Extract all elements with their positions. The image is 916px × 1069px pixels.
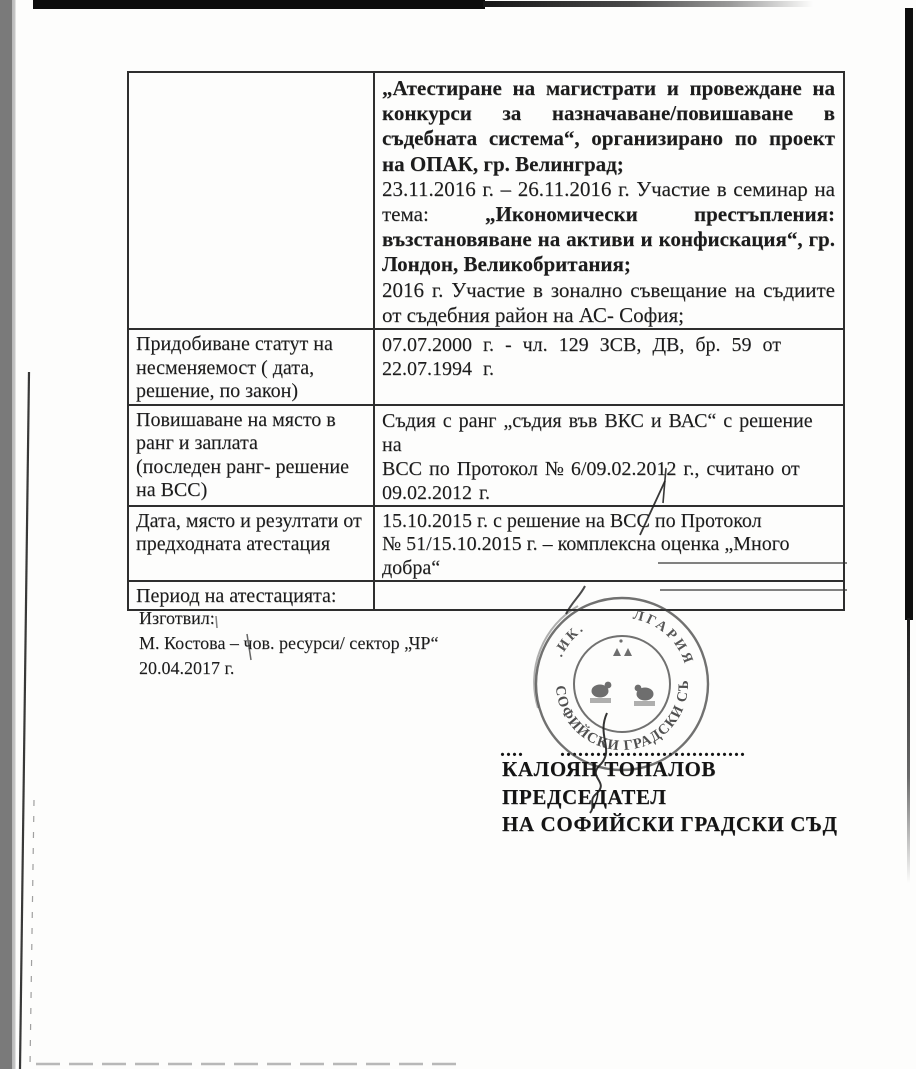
seal-left-pedestal <box>590 698 611 703</box>
scan-left-fold-line <box>20 372 29 1069</box>
attestation-table: „Атестиране на магистрати и провеждане н… <box>127 71 845 611</box>
scan-edge-left-bar <box>0 0 16 1069</box>
table-row-trainings: „Атестиране на магистрати и провеждане н… <box>128 72 844 329</box>
seal-crown-dot <box>619 639 622 642</box>
seal-left-lion-head <box>605 682 612 689</box>
seal-right-lion-head <box>635 685 642 692</box>
prepared-by-label: Изготвил: <box>139 606 438 631</box>
value-cell-tenure: 07.07.2000 г. - чл. 129 ЗСВ, ДВ, бр. 59 … <box>374 329 844 405</box>
court-seal: .ИК. ЛГАРИЯ СОФИЙСКИ ГРАДСКИ СЪД <box>528 588 718 778</box>
seal-text-top-left: .ИК. <box>551 620 587 660</box>
value-cell-previous-attestation: 15.10.2015 г. с решение на ВСС по Проток… <box>374 506 844 582</box>
table-row-rank: Повишаване на място в ранг и заплата (по… <box>128 405 844 506</box>
seal-crown-right-point <box>624 648 632 656</box>
signature-block: КАЛОЯН ТОПАЛОВ ПРЕДСЕДАТЕЛ НА СОФИЙСКИ Г… <box>502 756 838 839</box>
label-cell-tenure: Придобиване статут на несменяемост ( дат… <box>128 329 374 405</box>
signatory-name: КАЛОЯН ТОПАЛОВ <box>502 756 838 784</box>
table-row-tenure: Придобиване статут на несменяемост ( дат… <box>128 329 844 405</box>
signatory-title: ПРЕДСЕДАТЕЛ <box>502 784 838 812</box>
signatory-org: НА СОФИЙСКИ ГРАДСКИ СЪД <box>502 811 838 839</box>
scan-edge-right-bar <box>905 8 913 620</box>
label-cell-previous-attestation: Дата, място и резултати от предходната а… <box>128 506 374 582</box>
seal-crown-left-point <box>613 648 621 656</box>
prepared-by-block: Изготвил: М. Костова – чов. ресурси/ сек… <box>139 606 438 681</box>
seal-coat-of-arms <box>590 639 655 706</box>
training-paragraph-2: 23.11.2016 г. – 26.11.2016 г. Участие в … <box>382 177 835 278</box>
scan-edge-top-bar-tail <box>483 1 813 7</box>
seal-inner-ring <box>574 636 670 732</box>
scanned-document-page: „Атестиране на магистрати и провеждане н… <box>0 0 916 1069</box>
value-cell-trainings: „Атестиране на магистрати и провеждане н… <box>374 72 844 329</box>
scan-edge-right-bar-tail <box>907 618 910 883</box>
label-cell-empty <box>128 72 374 329</box>
training-paragraph-3: 2016 г. Участие в зонално съвещание на с… <box>382 278 835 328</box>
value-cell-rank: Съдия с ранг „съдия във ВКС и ВАС“ с реш… <box>374 405 844 506</box>
table-row-previous-attestation: Дата, място и резултати от предходната а… <box>128 506 844 582</box>
scan-edge-top-bar <box>33 0 485 9</box>
seal-right-pedestal <box>634 701 655 706</box>
prepared-by-date: 20.04.2017 г. <box>139 656 438 681</box>
training-paragraph-1: „Атестиране на магистрати и провеждане н… <box>382 76 835 177</box>
prepared-by-person: М. Костова – чов. ресурси/ сектор „ЧР“ <box>139 631 438 656</box>
label-cell-rank: Повишаване на място в ранг и заплата (по… <box>128 405 374 506</box>
scan-left-fold-line-faint <box>30 800 34 1066</box>
